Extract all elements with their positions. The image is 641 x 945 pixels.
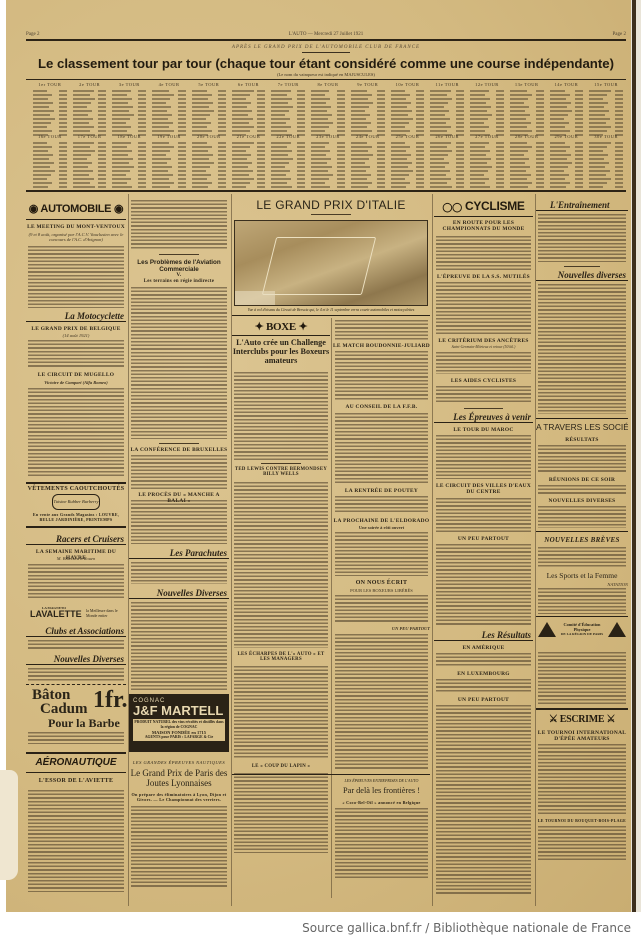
lap-entry bbox=[510, 169, 544, 172]
lap-entry bbox=[510, 106, 544, 109]
lap-entry bbox=[192, 158, 226, 161]
lap-header: 4e TOUR bbox=[152, 82, 186, 89]
lap-entry bbox=[550, 146, 584, 149]
lap-entry bbox=[311, 185, 345, 188]
lap-entry bbox=[510, 102, 544, 105]
lap-entry bbox=[351, 177, 385, 180]
lap-header: 7e TOUR bbox=[271, 82, 305, 89]
table-rule bbox=[26, 79, 626, 80]
lap-entry bbox=[589, 142, 623, 145]
lap-entry bbox=[192, 114, 226, 117]
lap-entry bbox=[391, 185, 425, 188]
lap-entry bbox=[470, 114, 504, 117]
lap-entry bbox=[152, 114, 186, 117]
lap-entry bbox=[510, 181, 544, 184]
lap-entry bbox=[271, 142, 305, 145]
lap-entry bbox=[470, 158, 504, 161]
lap-entry bbox=[589, 94, 623, 97]
lap-entry bbox=[589, 98, 623, 101]
article-title: LE TOUR DU MAROC bbox=[434, 427, 533, 433]
lap-entry bbox=[271, 185, 305, 188]
article-body bbox=[28, 388, 124, 478]
lap-column: 9e TOUR bbox=[348, 82, 388, 134]
divider bbox=[536, 531, 628, 532]
lap-entry bbox=[152, 94, 186, 97]
article-body bbox=[335, 532, 428, 576]
article-body bbox=[335, 320, 428, 340]
lap-entry bbox=[311, 173, 345, 176]
article-title: UN PEU PARTOUT bbox=[434, 536, 533, 542]
lap-entry bbox=[391, 106, 425, 109]
lap-entry bbox=[73, 150, 107, 153]
article-title: EN AMÉRIQUE bbox=[434, 645, 533, 651]
lap-entry bbox=[589, 146, 623, 149]
lap-entry bbox=[351, 121, 385, 124]
lap-entry bbox=[271, 173, 305, 176]
lap-entry bbox=[73, 117, 107, 120]
ad-vetements: VÊTEMENTS CAOUTCHOUTÉS Tuisine Rubber Bu… bbox=[26, 482, 126, 528]
lap-entry bbox=[391, 146, 425, 149]
lap-column: 19e TOUR bbox=[149, 134, 189, 186]
lap-entry bbox=[430, 181, 464, 184]
lap-entry bbox=[33, 154, 67, 157]
lap-entry bbox=[33, 173, 67, 176]
lap-entry bbox=[510, 146, 544, 149]
lap-entry bbox=[192, 154, 226, 157]
column-4: ◯◯ CYCLISME EN ROUTE POUR LES CHAMPIONNA… bbox=[434, 194, 533, 906]
lap-entry bbox=[510, 125, 544, 128]
lap-entry bbox=[33, 102, 67, 105]
article-title: LE TOURNOI DU BOUQUET-BOIS-PLAGE bbox=[536, 818, 628, 823]
lap-entry bbox=[550, 150, 584, 153]
lap-entry bbox=[232, 181, 266, 184]
divider bbox=[434, 216, 533, 217]
bicycle-icon: ◯◯ bbox=[442, 202, 462, 212]
lap-entry bbox=[589, 110, 623, 113]
lap-entry bbox=[271, 117, 305, 120]
article-subtitle: (9 et 8 août, organisé par l'A.C.V. Vauc… bbox=[26, 232, 126, 242]
lap-column: 25e TOUR bbox=[388, 134, 428, 186]
lap-entry bbox=[271, 110, 305, 113]
lap-entry bbox=[510, 177, 544, 180]
lap-entry bbox=[152, 102, 186, 105]
article-body bbox=[28, 668, 124, 682]
page-headline: Le classement tour par tour (chaque tour… bbox=[26, 56, 626, 71]
lap-entry bbox=[232, 185, 266, 188]
lap-entry bbox=[112, 129, 146, 132]
divider bbox=[232, 335, 330, 336]
article-body bbox=[335, 496, 428, 514]
lap-entry bbox=[152, 162, 186, 165]
lap-entry bbox=[33, 162, 67, 165]
lap-header: 12e TOUR bbox=[470, 82, 504, 89]
article-subtitle: POUR LES BOXEURS LIBÉRÉS bbox=[333, 588, 430, 593]
lap-entry bbox=[192, 146, 226, 149]
article-body bbox=[28, 564, 124, 599]
lap-entry bbox=[192, 185, 226, 188]
lap-entry bbox=[550, 125, 584, 128]
lap-column: 18e TOUR bbox=[109, 134, 149, 186]
lap-header: 27e TOUR bbox=[470, 134, 504, 141]
lap-entry bbox=[311, 106, 345, 109]
lap-entry bbox=[152, 173, 186, 176]
kicker: LES ÉPREUVES ENTREPRISES DE L'AUTO bbox=[333, 778, 430, 783]
section-heading: La Motocyclette bbox=[26, 311, 126, 322]
lap-entry bbox=[351, 185, 385, 188]
lap-column: 4e TOUR bbox=[149, 82, 189, 134]
lap-entry bbox=[430, 102, 464, 105]
boxer-icon: ✦ bbox=[298, 321, 307, 333]
lap-entry bbox=[391, 117, 425, 120]
article-body bbox=[131, 200, 227, 250]
lap-entry bbox=[73, 154, 107, 157]
lap-entry bbox=[510, 185, 544, 188]
column-5: L'Entraînement Nouvelles diverses A TRAV… bbox=[536, 194, 628, 906]
lap-entry bbox=[112, 142, 146, 145]
article-subtitle: « Coco-Bel-Oil » annoncé en Belgique bbox=[333, 800, 430, 805]
lap-entry bbox=[391, 166, 425, 169]
article-body bbox=[28, 246, 124, 308]
lap-entry bbox=[112, 106, 146, 109]
lap-entry bbox=[430, 106, 464, 109]
lap-column: 10e TOUR bbox=[388, 82, 428, 134]
kicker: LES GRANDES ÉPREUVES NAUTIQUES bbox=[129, 760, 229, 765]
lap-entry bbox=[391, 169, 425, 172]
lap-entry bbox=[430, 121, 464, 124]
article-body bbox=[335, 595, 428, 623]
lap-entry bbox=[112, 162, 146, 165]
lap-entry bbox=[391, 90, 425, 93]
lap-entry bbox=[470, 102, 504, 105]
lap-entry bbox=[470, 117, 504, 120]
article-body bbox=[538, 826, 626, 862]
lap-entry bbox=[550, 121, 584, 124]
source-credit: Source gallica.bnf.fr / Bibliothèque nat… bbox=[302, 921, 631, 935]
lap-entry bbox=[192, 106, 226, 109]
section-heading: Les Résultats bbox=[434, 630, 533, 641]
lap-entry bbox=[192, 166, 226, 169]
lap-entry bbox=[112, 114, 146, 117]
article-body bbox=[28, 340, 124, 368]
article-title: LE « COUP DU LAPIN » bbox=[232, 764, 330, 769]
lap-entry bbox=[589, 150, 623, 153]
lap-entry bbox=[351, 125, 385, 128]
lap-entry bbox=[232, 114, 266, 117]
article-subtitle: Victoire de Campari (Alfa Romeo) bbox=[26, 380, 126, 385]
article-title: ON NOUS ÉCRIT bbox=[333, 580, 430, 586]
lap-entry bbox=[510, 121, 544, 124]
lap-entry bbox=[589, 169, 623, 172]
ad-text: AGENTS pour PARIS : LAFARGE & Cie bbox=[134, 735, 224, 740]
section-heading: Racers et Cruisers bbox=[26, 534, 126, 545]
lap-entry bbox=[470, 90, 504, 93]
column-3: LE GRAND PRIX D'ITALIE Vue à vol d'oisea… bbox=[232, 194, 430, 906]
article-body bbox=[131, 602, 227, 690]
article-body bbox=[538, 744, 626, 814]
article-body bbox=[335, 634, 428, 770]
lap-entry bbox=[152, 142, 186, 145]
lap-entry bbox=[232, 129, 266, 132]
ad-text: Pour la Barbe bbox=[48, 716, 120, 731]
lap-entry bbox=[33, 129, 67, 132]
lap-entry bbox=[112, 185, 146, 188]
article-title: UN PEU PARTOUT bbox=[333, 626, 430, 631]
lap-entry bbox=[232, 166, 266, 169]
lap-entry bbox=[351, 106, 385, 109]
lap-entry bbox=[589, 129, 623, 132]
lap-entry bbox=[510, 94, 544, 97]
lap-entry bbox=[589, 114, 623, 117]
lap-column: 22e TOUR bbox=[268, 134, 308, 186]
lap-header: 2e TOUR bbox=[73, 82, 107, 89]
section-heading: L'Entraînement bbox=[536, 200, 628, 211]
article-body bbox=[538, 547, 626, 567]
lap-entry bbox=[112, 110, 146, 113]
article-body bbox=[436, 386, 531, 404]
lap-entry bbox=[311, 146, 345, 149]
lap-entry bbox=[430, 150, 464, 153]
lap-entry bbox=[192, 125, 226, 128]
lap-entry bbox=[33, 110, 67, 113]
lap-entry bbox=[550, 98, 584, 101]
article-body bbox=[436, 679, 531, 693]
lap-entry bbox=[510, 162, 544, 165]
lap-entry bbox=[73, 110, 107, 113]
ad-martell: COGNAC J&F MARTELL PRODUIT NATUREL des v… bbox=[129, 694, 229, 752]
lap-entry bbox=[73, 129, 107, 132]
lap-entry bbox=[550, 129, 584, 132]
lap-entry bbox=[232, 162, 266, 165]
lap-entry bbox=[430, 117, 464, 120]
lap-header: 30e TOUR bbox=[589, 134, 623, 141]
article-title: LE GRAND PRIX D'ITALIE bbox=[232, 198, 430, 212]
divider bbox=[26, 772, 126, 773]
ad-brand: LAVALETTE bbox=[30, 609, 82, 619]
table-bottom-rule bbox=[26, 190, 626, 192]
lap-entry bbox=[73, 102, 107, 105]
lap-header: 18e TOUR bbox=[112, 134, 146, 141]
lap-entry bbox=[271, 98, 305, 101]
lap-entry bbox=[550, 158, 584, 161]
lap-entry bbox=[73, 125, 107, 128]
lap-entry bbox=[510, 158, 544, 161]
column-rule bbox=[432, 194, 433, 906]
lap-entry bbox=[589, 166, 623, 169]
lap-entry bbox=[391, 102, 425, 105]
article-title: LE CIRCUIT DE MUGELLO bbox=[26, 372, 126, 378]
lap-entry bbox=[430, 169, 464, 172]
lap-entry bbox=[112, 166, 146, 169]
lap-entry bbox=[311, 154, 345, 157]
lap-entry bbox=[192, 90, 226, 93]
lap-column: 24e TOUR bbox=[348, 134, 388, 186]
lap-entry bbox=[550, 181, 584, 184]
lap-entry bbox=[311, 150, 345, 153]
lap-entry bbox=[192, 173, 226, 176]
lap-entry bbox=[271, 154, 305, 157]
lap-entry bbox=[589, 117, 623, 120]
lap-entry bbox=[589, 173, 623, 176]
lap-entry bbox=[152, 117, 186, 120]
lap-entry bbox=[311, 181, 345, 184]
article-body bbox=[436, 498, 531, 532]
lap-entry bbox=[391, 129, 425, 132]
lap-header: 5e TOUR bbox=[192, 82, 226, 89]
lap-column: 1er TOUR bbox=[30, 82, 70, 134]
lap-entry bbox=[152, 129, 186, 132]
lap-entry bbox=[391, 98, 425, 101]
lap-header: 17e TOUR bbox=[73, 134, 107, 141]
lap-entry bbox=[73, 114, 107, 117]
lap-entry bbox=[192, 150, 226, 153]
lap-entry bbox=[550, 110, 584, 113]
divider bbox=[311, 214, 351, 215]
photo-caption: Vue à vol d'oiseau du Circuit de Brescia… bbox=[232, 308, 430, 312]
lap-entry bbox=[470, 154, 504, 157]
lap-entry bbox=[112, 169, 146, 172]
divider bbox=[536, 616, 628, 617]
lap-entry bbox=[112, 121, 146, 124]
section-heading: Les Sports et la Femme bbox=[536, 571, 628, 580]
article-subtitle: Saint-Germain-Mitrieux et retour (50 kil… bbox=[434, 345, 533, 349]
section-heading: Clubs et Associations bbox=[26, 626, 126, 637]
lap-header: 1er TOUR bbox=[33, 82, 67, 89]
lap-entry bbox=[73, 173, 107, 176]
lap-entry bbox=[73, 169, 107, 172]
lap-entry bbox=[589, 154, 623, 157]
ad-panel: PRODUIT NATUREL des vins récoltés et dis… bbox=[133, 719, 225, 741]
lap-entry bbox=[311, 158, 345, 161]
divider bbox=[261, 463, 300, 464]
lap-entry bbox=[351, 114, 385, 117]
lap-entry bbox=[33, 185, 67, 188]
ad-text: Bâton bbox=[32, 688, 70, 702]
article-title: EN ROUTE POUR LES CHAMPIONNATS DU MONDE bbox=[434, 220, 533, 232]
lap-entry bbox=[192, 94, 226, 97]
lap-entry bbox=[232, 94, 266, 97]
lap-entry bbox=[589, 125, 623, 128]
aero-banner: AÉRONAUTIQUE bbox=[26, 757, 126, 768]
lap-entry bbox=[470, 121, 504, 124]
lap-entry bbox=[112, 177, 146, 180]
lap-entry bbox=[192, 117, 226, 120]
circuit-photo bbox=[234, 220, 428, 306]
divider bbox=[26, 684, 126, 685]
lap-entry bbox=[73, 98, 107, 101]
lap-column: 13e TOUR bbox=[507, 82, 547, 134]
lap-entry bbox=[232, 150, 266, 153]
article-title: Les Problèmes de l'Aviation Commerciale bbox=[129, 259, 229, 273]
ad-cadum: Bâton Cadum 1fr. Pour la Barbe bbox=[26, 688, 126, 748]
article-number: V. bbox=[129, 272, 229, 278]
divider bbox=[159, 254, 199, 255]
lap-entry bbox=[271, 114, 305, 117]
section-heading: Nouvelles Diverses bbox=[26, 654, 126, 665]
article-body bbox=[436, 544, 531, 626]
lap-entry bbox=[73, 146, 107, 149]
lap-header: 24e TOUR bbox=[351, 134, 385, 141]
lap-entry bbox=[33, 121, 67, 124]
lap-entry bbox=[311, 102, 345, 105]
lap-entry bbox=[589, 185, 623, 188]
article-title: RÉSULTATS bbox=[536, 437, 628, 443]
lap-entry bbox=[311, 94, 345, 97]
lap-entry bbox=[311, 121, 345, 124]
lap-entry bbox=[33, 150, 67, 153]
section-heading: Les Parachutes bbox=[129, 548, 229, 559]
lap-entry bbox=[391, 125, 425, 128]
lap-entry bbox=[192, 181, 226, 184]
lap-entry bbox=[550, 173, 584, 176]
lap-column: 21e TOUR bbox=[229, 134, 269, 186]
lap-column: 12e TOUR bbox=[467, 82, 507, 134]
lap-entry bbox=[430, 125, 464, 128]
lap-entry bbox=[470, 98, 504, 101]
page-edge bbox=[631, 0, 641, 912]
lap-entry bbox=[311, 166, 345, 169]
lap-entry bbox=[351, 154, 385, 157]
lap-entry bbox=[470, 177, 504, 180]
lap-entry bbox=[152, 125, 186, 128]
divider bbox=[232, 774, 430, 775]
lap-entry bbox=[470, 125, 504, 128]
article-body bbox=[436, 705, 531, 895]
lap-column: 26e TOUR bbox=[427, 134, 467, 186]
lap-entry bbox=[271, 181, 305, 184]
automobile-banner: ◉ AUTOMOBILE ◉ bbox=[26, 202, 126, 215]
lap-entry bbox=[33, 169, 67, 172]
triangle-icon bbox=[608, 622, 626, 637]
lap-header: 23e TOUR bbox=[311, 134, 345, 141]
lap-column: 14e TOUR bbox=[547, 82, 587, 134]
lap-entry bbox=[351, 158, 385, 161]
article-title: LA PROCHAINE DE L'ELDORADO bbox=[333, 518, 430, 524]
article-title: LA RENTRÉE DE POUTEY bbox=[333, 488, 430, 494]
lap-entry bbox=[73, 166, 107, 169]
lap-entry bbox=[391, 158, 425, 161]
divider bbox=[26, 219, 126, 220]
article-body bbox=[538, 485, 626, 495]
lap-header: 20e TOUR bbox=[192, 134, 226, 141]
divider bbox=[564, 266, 601, 267]
lap-entry bbox=[192, 121, 226, 124]
lap-entry bbox=[232, 154, 266, 157]
lap-entry bbox=[192, 142, 226, 145]
lap-entry bbox=[271, 90, 305, 93]
column-1: ◉ AUTOMOBILE ◉ LE MEETING DU MONT-VENTOU… bbox=[26, 194, 126, 906]
article-title: LE MEETING DU MONT-VENTOUX bbox=[26, 224, 126, 230]
article-title: LE MATCH BOUDONNIE-JULIARD bbox=[333, 343, 430, 349]
lap-entry bbox=[430, 114, 464, 117]
lap-entry bbox=[73, 106, 107, 109]
lap-column: 3e TOUR bbox=[109, 82, 149, 134]
divider bbox=[232, 315, 430, 316]
lap-entry bbox=[271, 94, 305, 97]
lap-entry bbox=[112, 90, 146, 93]
lap-entry bbox=[589, 106, 623, 109]
article-title: LES ÉCHARPES DE L'« AUTO » ET LES MANAGE… bbox=[232, 652, 330, 662]
lap-entry bbox=[550, 90, 584, 93]
lap-entry bbox=[550, 154, 584, 157]
lap-entry bbox=[311, 129, 345, 132]
lap-entry bbox=[470, 173, 504, 176]
lap-entry bbox=[351, 129, 385, 132]
lap-entry bbox=[510, 142, 544, 145]
lap-entry bbox=[430, 142, 464, 145]
lap-column: 27e TOUR bbox=[467, 134, 507, 186]
lap-header: 9e TOUR bbox=[351, 82, 385, 89]
lap-column: 2e TOUR bbox=[70, 82, 110, 134]
